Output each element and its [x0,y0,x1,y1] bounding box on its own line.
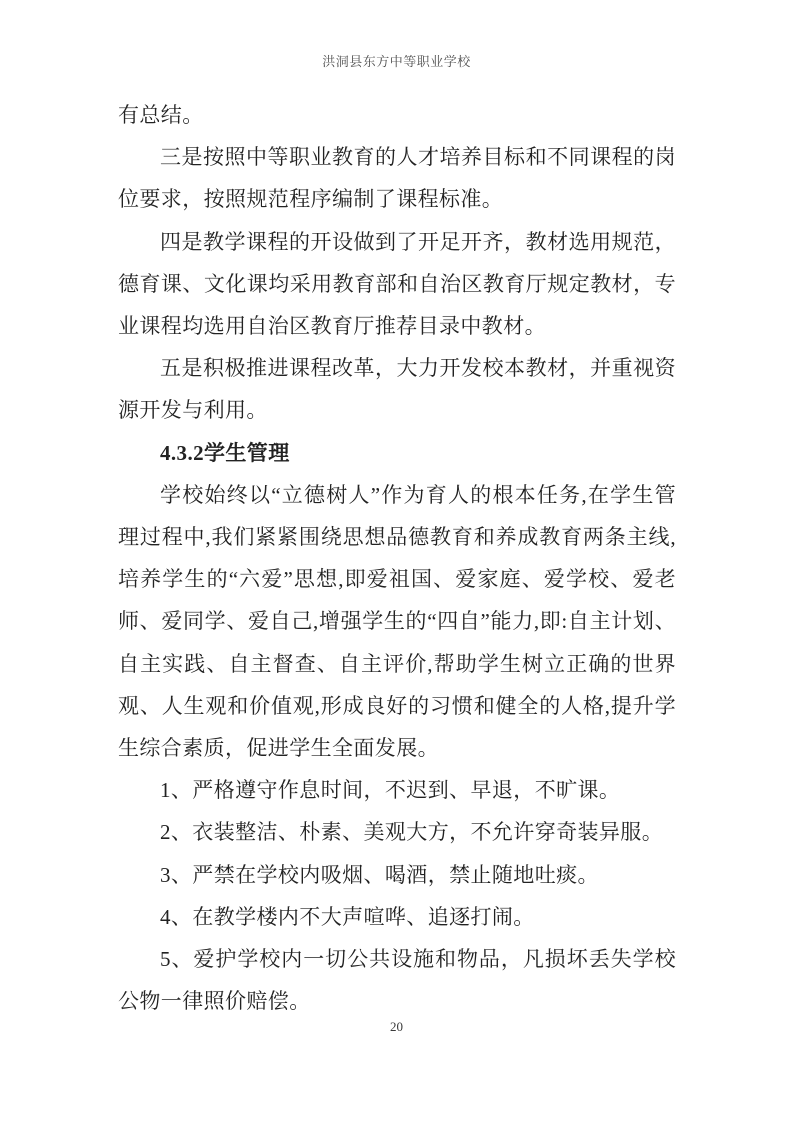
paragraph: 有总结。 [118,94,676,136]
page-header-school-name: 洪洞县东方中等职业学校 [0,51,793,70]
paragraph: 学校始终以“立德树人”作为育人的根本任务,在学生管理过程中,我们紧紧围绕思想品德… [118,474,676,769]
paragraph: 四是教学课程的开设做到了开足开齐，教材选用规范，德育课、文化课均采用教育部和自治… [118,221,676,348]
document-page: 洪洞县东方中等职业学校 有总结。三是按照中等职业教育的人才培养目标和不同课程的岗… [0,0,793,1122]
paragraph: 4、在教学楼内不大声喧哗、追逐打闹。 [118,896,676,938]
paragraph: 3、严禁在学校内吸烟、喝酒，禁止随地吐痰。 [118,854,676,896]
paragraph: 三是按照中等职业教育的人才培养目标和不同课程的岗位要求，按照规范程序编制了课程标… [118,136,676,220]
paragraph: 5、爱护学校内一切公共设施和物品，凡损坏丢失学校公物一律照价赔偿。 [118,938,676,1022]
document-body: 有总结。三是按照中等职业教育的人才培养目标和不同课程的岗位要求，按照规范程序编制… [118,94,676,1022]
page-number: 20 [0,1019,793,1035]
section-heading: 4.3.2学生管理 [118,432,676,474]
paragraph: 五是积极推进课程改革，大力开发校本教材，并重视资源开发与利用。 [118,347,676,431]
paragraph: 2、衣装整洁、朴素、美观大方，不允许穿奇装异服。 [118,811,676,853]
paragraph: 1、严格遵守作息时间，不迟到、早退，不旷课。 [118,769,676,811]
